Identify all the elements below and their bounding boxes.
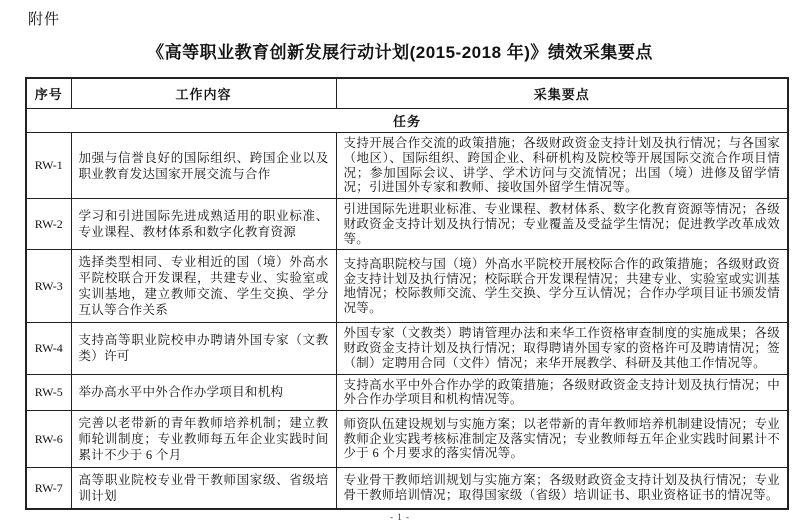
row-id: RW-6 [26,411,71,468]
row-content: 举办高水平中外合作办学项目和机构 [71,374,336,411]
row-id: RW-2 [26,199,71,250]
table-row: RW-4 支持高等职业院校申办聘请外国专家（文教类）许可 外国专家（文教类）聘请… [26,323,788,374]
row-id: RW-7 [26,468,71,510]
row-points: 引进国际先进职业标准、专业课程、教材体系、数字化教育资源等情况；各级财政资金支持… [336,199,788,250]
row-points: 支持开展合作交流的政策措施；各级财政资金支持计划及执行情况；与各国家（地区）、国… [336,133,788,199]
header-cell-index: 序号 [26,78,71,109]
table-row: RW-3 选择类型相同、专业相近的国（境）外高水平院校联合开发课程，共建专业、实… [26,250,788,323]
row-id: RW-3 [26,250,71,323]
header-cell-content: 工作内容 [71,78,336,109]
row-content: 完善以老带新的青年教师培养机制；建立教师轮训制度；专业教师每五年企业实践时间累计… [71,411,336,468]
document-page: 附件 《高等职业教育创新发展行动计划(2015-2018 年)》绩效采集要点 序… [0,0,800,526]
row-id: RW-1 [26,133,71,199]
table-row: RW-7 高等职业院校专业骨干教师国家级、省级培训计划 专业骨干教师培训规划与实… [26,468,788,510]
page-title: 《高等职业教育创新发展行动计划(2015-2018 年)》绩效采集要点 [0,38,800,63]
row-points: 专业骨干教师培训规划与实施方案；各级财政资金支持计划及执行情况；专业骨干教师培训… [336,468,788,510]
row-content: 学习和引进国际先进成熟适用的职业标准、专业课程、教材体系和数字化教育资源 [71,199,336,250]
row-content: 选择类型相同、专业相近的国（境）外高水平院校联合开发课程，共建专业、实验室或实训… [71,250,336,323]
header-row: 序号 工作内容 采集要点 [26,78,788,109]
section-label: 任务 [26,109,788,133]
attachment-label: 附件 [28,8,60,29]
row-content: 支持高等职业院校申办聘请外国专家（文教类）许可 [71,323,336,374]
header-cell-points: 采集要点 [336,78,788,109]
row-content: 高等职业院校专业骨干教师国家级、省级培训计划 [71,468,336,510]
table-row: RW-2 学习和引进国际先进成熟适用的职业标准、专业课程、教材体系和数字化教育资… [26,199,788,250]
page-number: - 1 - [0,512,800,522]
row-points: 支持高水平中外合作办学的政策措施；各级财政资金支持计划及执行情况；中外合作办学项… [336,374,788,411]
row-points: 外国专家（文教类）聘请管理办法和来华工作资格审查制度的实施成果；各级财政资金支持… [336,323,788,374]
row-points: 师资队伍建设规划与实施方案；以老带新的青年教师培养机制建设情况；专业教师企业实践… [336,411,788,468]
table-row: RW-6 完善以老带新的青年教师培养机制；建立教师轮训制度；专业教师每五年企业实… [26,411,788,468]
row-id: RW-4 [26,323,71,374]
section-row: 任务 [26,109,788,133]
row-content: 加强与信誉良好的国际组织、跨国企业以及职业教育发达国家开展交流与合作 [71,133,336,199]
table-row: RW-1 加强与信誉良好的国际组织、跨国企业以及职业教育发达国家开展交流与合作 … [26,133,788,199]
table-row: RW-5 举办高水平中外合作办学项目和机构 支持高水平中外合作办学的政策措施；各… [26,374,788,411]
row-id: RW-5 [26,374,71,411]
performance-table: 序号 工作内容 采集要点 任务 RW-1 加强与信誉良好的国际组织、跨国企业以及… [25,77,789,510]
row-points: 支持高职院校与国（境）外高水平院校开展校际合作的政策措施；各级财政资金支持计划及… [336,250,788,323]
